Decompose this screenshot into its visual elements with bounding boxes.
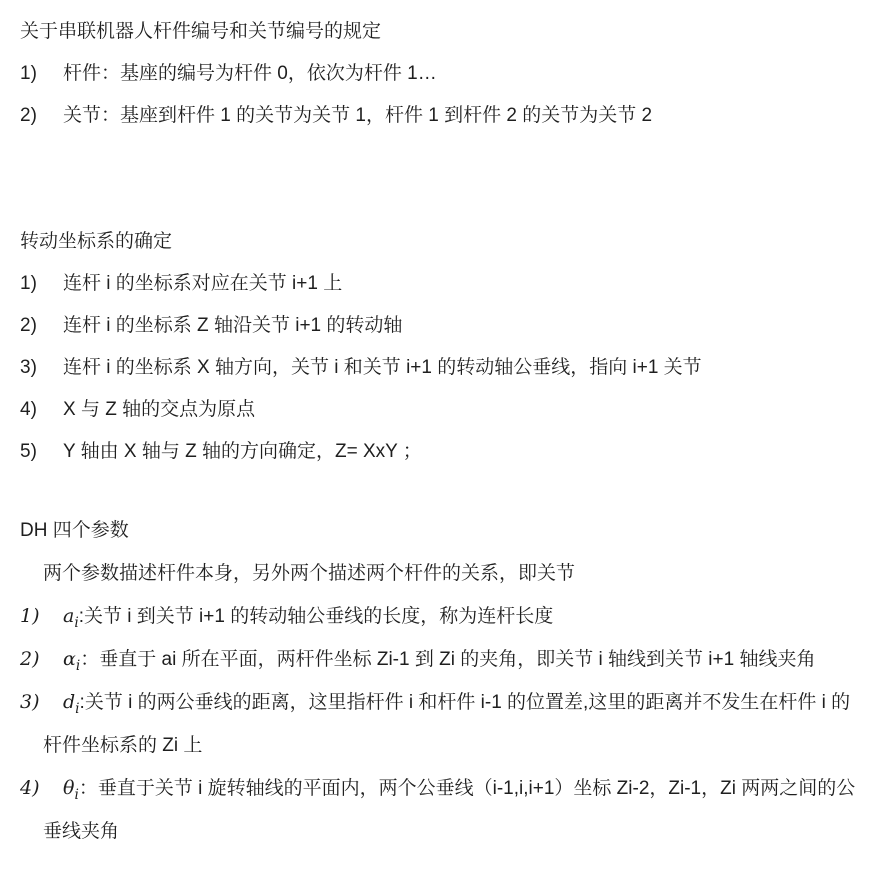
dh-separator: ： [80,649,99,670]
list-item: 5)Y 轴由 X 轴与 Z 轴的方向确定，Z= XxY ； [20,431,881,473]
list-item-number: 2) [20,638,63,681]
list-item: 1)杆件：基座的编号为杆件 0，依次为杆件 1… [20,53,881,95]
list-item-text: 关节：基座到杆件 1 的关节为关节 1，杆件 1 到杆件 2 的关节为关节 2 [63,105,652,126]
dh-variable: αi [63,648,80,670]
list-item-continuation: 杆件坐标系的 Zi 上 [20,724,881,767]
list-item: 2)连杆 i 的坐标系 Z 轴沿关节 i+1 的转动轴 [20,305,881,347]
list-item-continuation: 垂线夹角 [20,810,881,853]
list-item-number: 4) [20,389,63,431]
list-item: 1)连杆 i 的坐标系对应在关节 i+1 上 [20,263,881,305]
list-item-text: X 与 Z 轴的交点为原点 [63,399,255,420]
list-item: 3)di:关节 i 的两公垂线的距离，这里指杆件 i 和杆件 i-1 的位置差,… [20,681,881,724]
list-item-number: 1) [20,263,63,305]
list-item-number: 1) [20,595,63,638]
blank-space [20,473,881,509]
list-item: 4)X 与 Z 轴的交点为原点 [20,389,881,431]
dh-variable: ai [63,605,79,627]
section2-title: 转动坐标系的确定 [20,221,881,263]
list-item: 2)αi：垂直于 ai 所在平面，两杆件坐标 Zi-1 到 Zi 的夹角，即关节… [20,638,881,681]
section3-intro: 两个参数描述杆件本身，另外两个描述两个杆件的关系，即关节 [20,552,881,595]
list-item-number: 2) [20,95,63,137]
list-item: 1)ai:关节 i 到关节 i+1 的转动轴公垂线的长度，称为连杆长度 [20,595,881,638]
section3-title: DH 四个参数 [20,509,881,552]
section1-title: 关于串联机器人杆件编号和关节编号的规定 [20,11,881,53]
list-item-text: 关节 i 的两公垂线的距离，这里指杆件 i 和杆件 i-1 的位置差,这里的距离… [85,692,850,713]
list-item-number: 3) [20,681,63,724]
section-dh-parameters: DH 四个参数 两个参数描述杆件本身，另外两个描述两个杆件的关系，即关节 1)a… [20,509,881,853]
list-item-text: 关节 i 到关节 i+1 的转动轴公垂线的长度，称为连杆长度 [84,606,553,627]
list-item-number: 2) [20,305,63,347]
list-item-number: 4) [20,767,63,810]
blank-space [20,137,881,221]
document-page: 关于串联机器人杆件编号和关节编号的规定 1)杆件：基座的编号为杆件 0，依次为杆… [0,0,887,886]
list-item-text: Y 轴由 X 轴与 Z 轴的方向确定，Z= XxY ； [63,441,422,462]
section-numbering-rules: 关于串联机器人杆件编号和关节编号的规定 1)杆件：基座的编号为杆件 0，依次为杆… [20,11,881,137]
section-coordinate-frame: 转动坐标系的确定 1)连杆 i 的坐标系对应在关节 i+1 上 2)连杆 i 的… [20,221,881,473]
list-item: 4)θi：垂直于关节 i 旋转轴线的平面内，两个公垂线（i-1,i,i+1）坐标… [20,767,881,810]
list-item-number: 3) [20,347,63,389]
list-item-text: 连杆 i 的坐标系 X 轴方向，关节 i 和关节 i+1 的转动轴公垂线，指向 … [63,357,702,378]
dh-separator: ： [79,778,98,799]
list-item-text: 杆件：基座的编号为杆件 0，依次为杆件 1… [63,63,437,84]
dh-variable: θi [63,777,79,799]
list-item-text: 连杆 i 的坐标系对应在关节 i+1 上 [63,273,342,294]
list-item-text: 连杆 i 的坐标系 Z 轴沿关节 i+1 的转动轴 [63,315,402,336]
list-item: 2)关节：基座到杆件 1 的关节为关节 1，杆件 1 到杆件 2 的关节为关节 … [20,95,881,137]
list-item-text: 垂直于 ai 所在平面，两杆件坐标 Zi-1 到 Zi 的夹角，即关节 i 轴线… [99,649,815,670]
list-item-number: 5) [20,431,63,473]
list-item-number: 1) [20,53,63,95]
list-item: 3)连杆 i 的坐标系 X 轴方向，关节 i 和关节 i+1 的转动轴公垂线，指… [20,347,881,389]
dh-variable: di [63,691,80,713]
list-item-text: 垂直于关节 i 旋转轴线的平面内，两个公垂线（i-1,i,i+1）坐标 Zi-2… [98,778,855,799]
